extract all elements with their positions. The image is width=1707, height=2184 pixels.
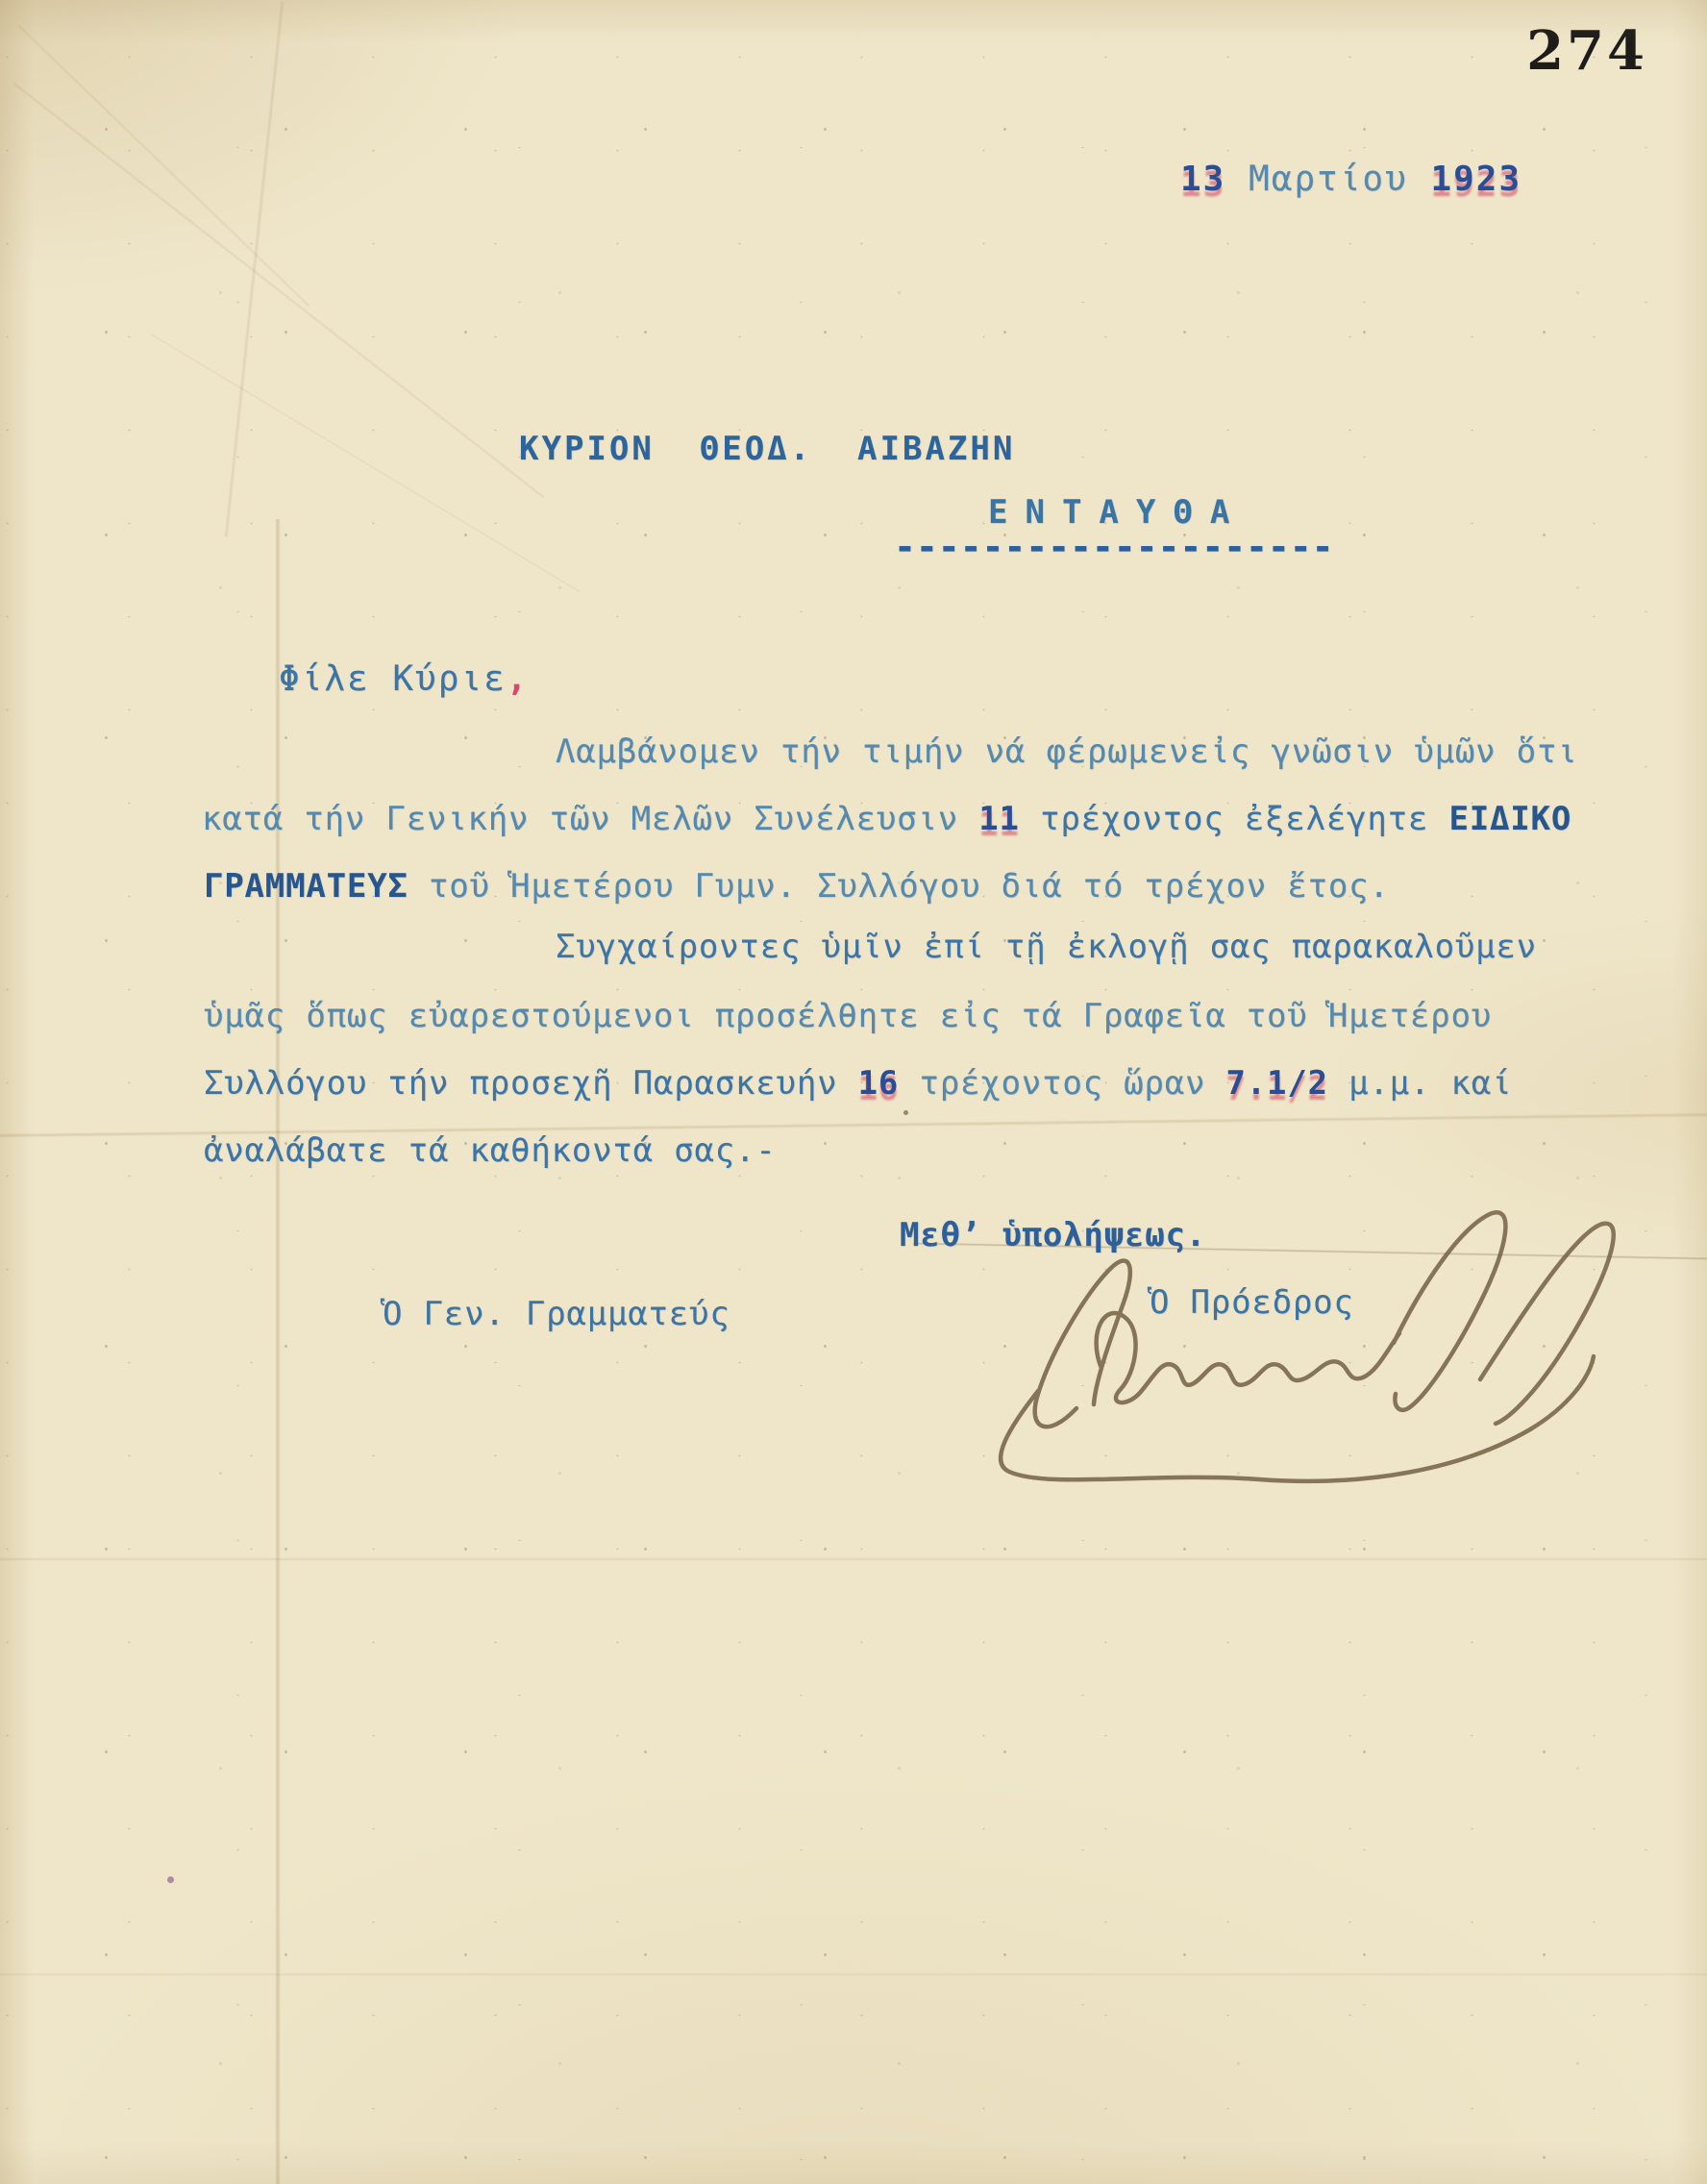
body-line-3: ΓΡΑΜΜΑΤΕΥΣ τοῦ Ἡμετέρου Γυμν. Συλλόγου δ… <box>204 868 1390 906</box>
body-line-2: κατά τήν Γενικήν τῶν Μελῶν Συνέλευσιν 11… <box>202 801 1571 838</box>
date-year: 1923 <box>1430 160 1521 199</box>
ink-speck-dark <box>903 1110 908 1115</box>
body-line-3-caps: ΓΡΑΜΜΑΤΕΥΣ <box>204 867 408 906</box>
date-line: 13 Μαρτίου 1923 <box>1180 160 1521 199</box>
body-line-6: Συλλόγου τήν προσεχῆ Παρασκευήν 16 τρέχο… <box>204 1065 1512 1103</box>
scanned-letter-page: 274 13 Μαρτίου 1923 ΚΥΡΙΟΝ ΘΕΟΔ. ΑΙΒΑΖΗΝ… <box>0 0 1707 2184</box>
horizontal-crease-bottom <box>0 1973 1707 1976</box>
body-line-2-caps: ΕΙΔΙΚΟ <box>1448 800 1571 838</box>
body-line-2a: κατά τήν Γενικήν τῶν Μελῶν Συνέλευσιν <box>202 800 978 838</box>
page-number: 274 <box>1526 19 1647 83</box>
date-day: 13 <box>1180 160 1225 199</box>
body-line-5: ὑμᾶς ὅπως εὐαρεστούμενοι προσέλθητε εἰς … <box>204 998 1492 1035</box>
diagonal-crease-topleft-3 <box>150 333 580 592</box>
addressee-name: ΚΥΡΙΟΝ ΘΕΟΔ. ΑΙΒΑΖΗΝ <box>519 431 1015 468</box>
salutation: Φίλε Κύριε, <box>279 659 529 699</box>
horizontal-crease-lower <box>0 1557 1707 1561</box>
body-line-6c: μ.μ. καί <box>1328 1064 1512 1103</box>
addressee-underline: -------------------- <box>894 527 1334 569</box>
body-line-7: ἀναλάβατε τά καθήκοντά σας.- <box>204 1132 777 1170</box>
body-line-1: Λαμβάνομεν τήν τιμήν νά φέρωμενεἰς γνῶσι… <box>556 733 1578 771</box>
body-line-3-rest: τοῦ Ἡμετέρου Γυμν. Συλλόγου διά τό τρέχο… <box>408 867 1390 906</box>
salutation-text: Φίλε Κύριε <box>279 659 507 699</box>
body-line-6-time: 7.1/2 <box>1226 1064 1328 1103</box>
body-line-6a: Συλλόγου τήν προσεχῆ Παρασκευήν <box>204 1064 858 1103</box>
closing-phrase: Μεθ’ ὑπολήψεως. <box>900 1217 1206 1254</box>
diagonal-crease-topleft-2 <box>17 24 310 308</box>
diagonal-crease-topleft-1 <box>12 82 545 499</box>
ink-speck-purple <box>167 1876 174 1883</box>
body-line-6-number: 16 <box>858 1064 900 1103</box>
salutation-comma: , <box>507 659 530 699</box>
president-title: Ὁ Πρόεδρος <box>1150 1284 1354 1322</box>
body-line-2b: τρέχοντος ἐξελέγητε <box>1020 800 1449 838</box>
date-month: Μαρτίου <box>1225 160 1430 199</box>
vertical-fold-crease-upper <box>224 1 285 536</box>
body-line-6b: τρέχοντος ὥραν <box>899 1064 1225 1103</box>
body-line-2-number: 11 <box>978 800 1020 838</box>
vertical-fold-crease <box>275 519 281 2184</box>
secretary-title: Ὁ Γεν. Γραμματεύς <box>383 1296 730 1333</box>
body-line-4: Συγχαίροντες ὑμῖν ἐπί τῇ ἐκλογῇ σας παρα… <box>556 929 1537 966</box>
